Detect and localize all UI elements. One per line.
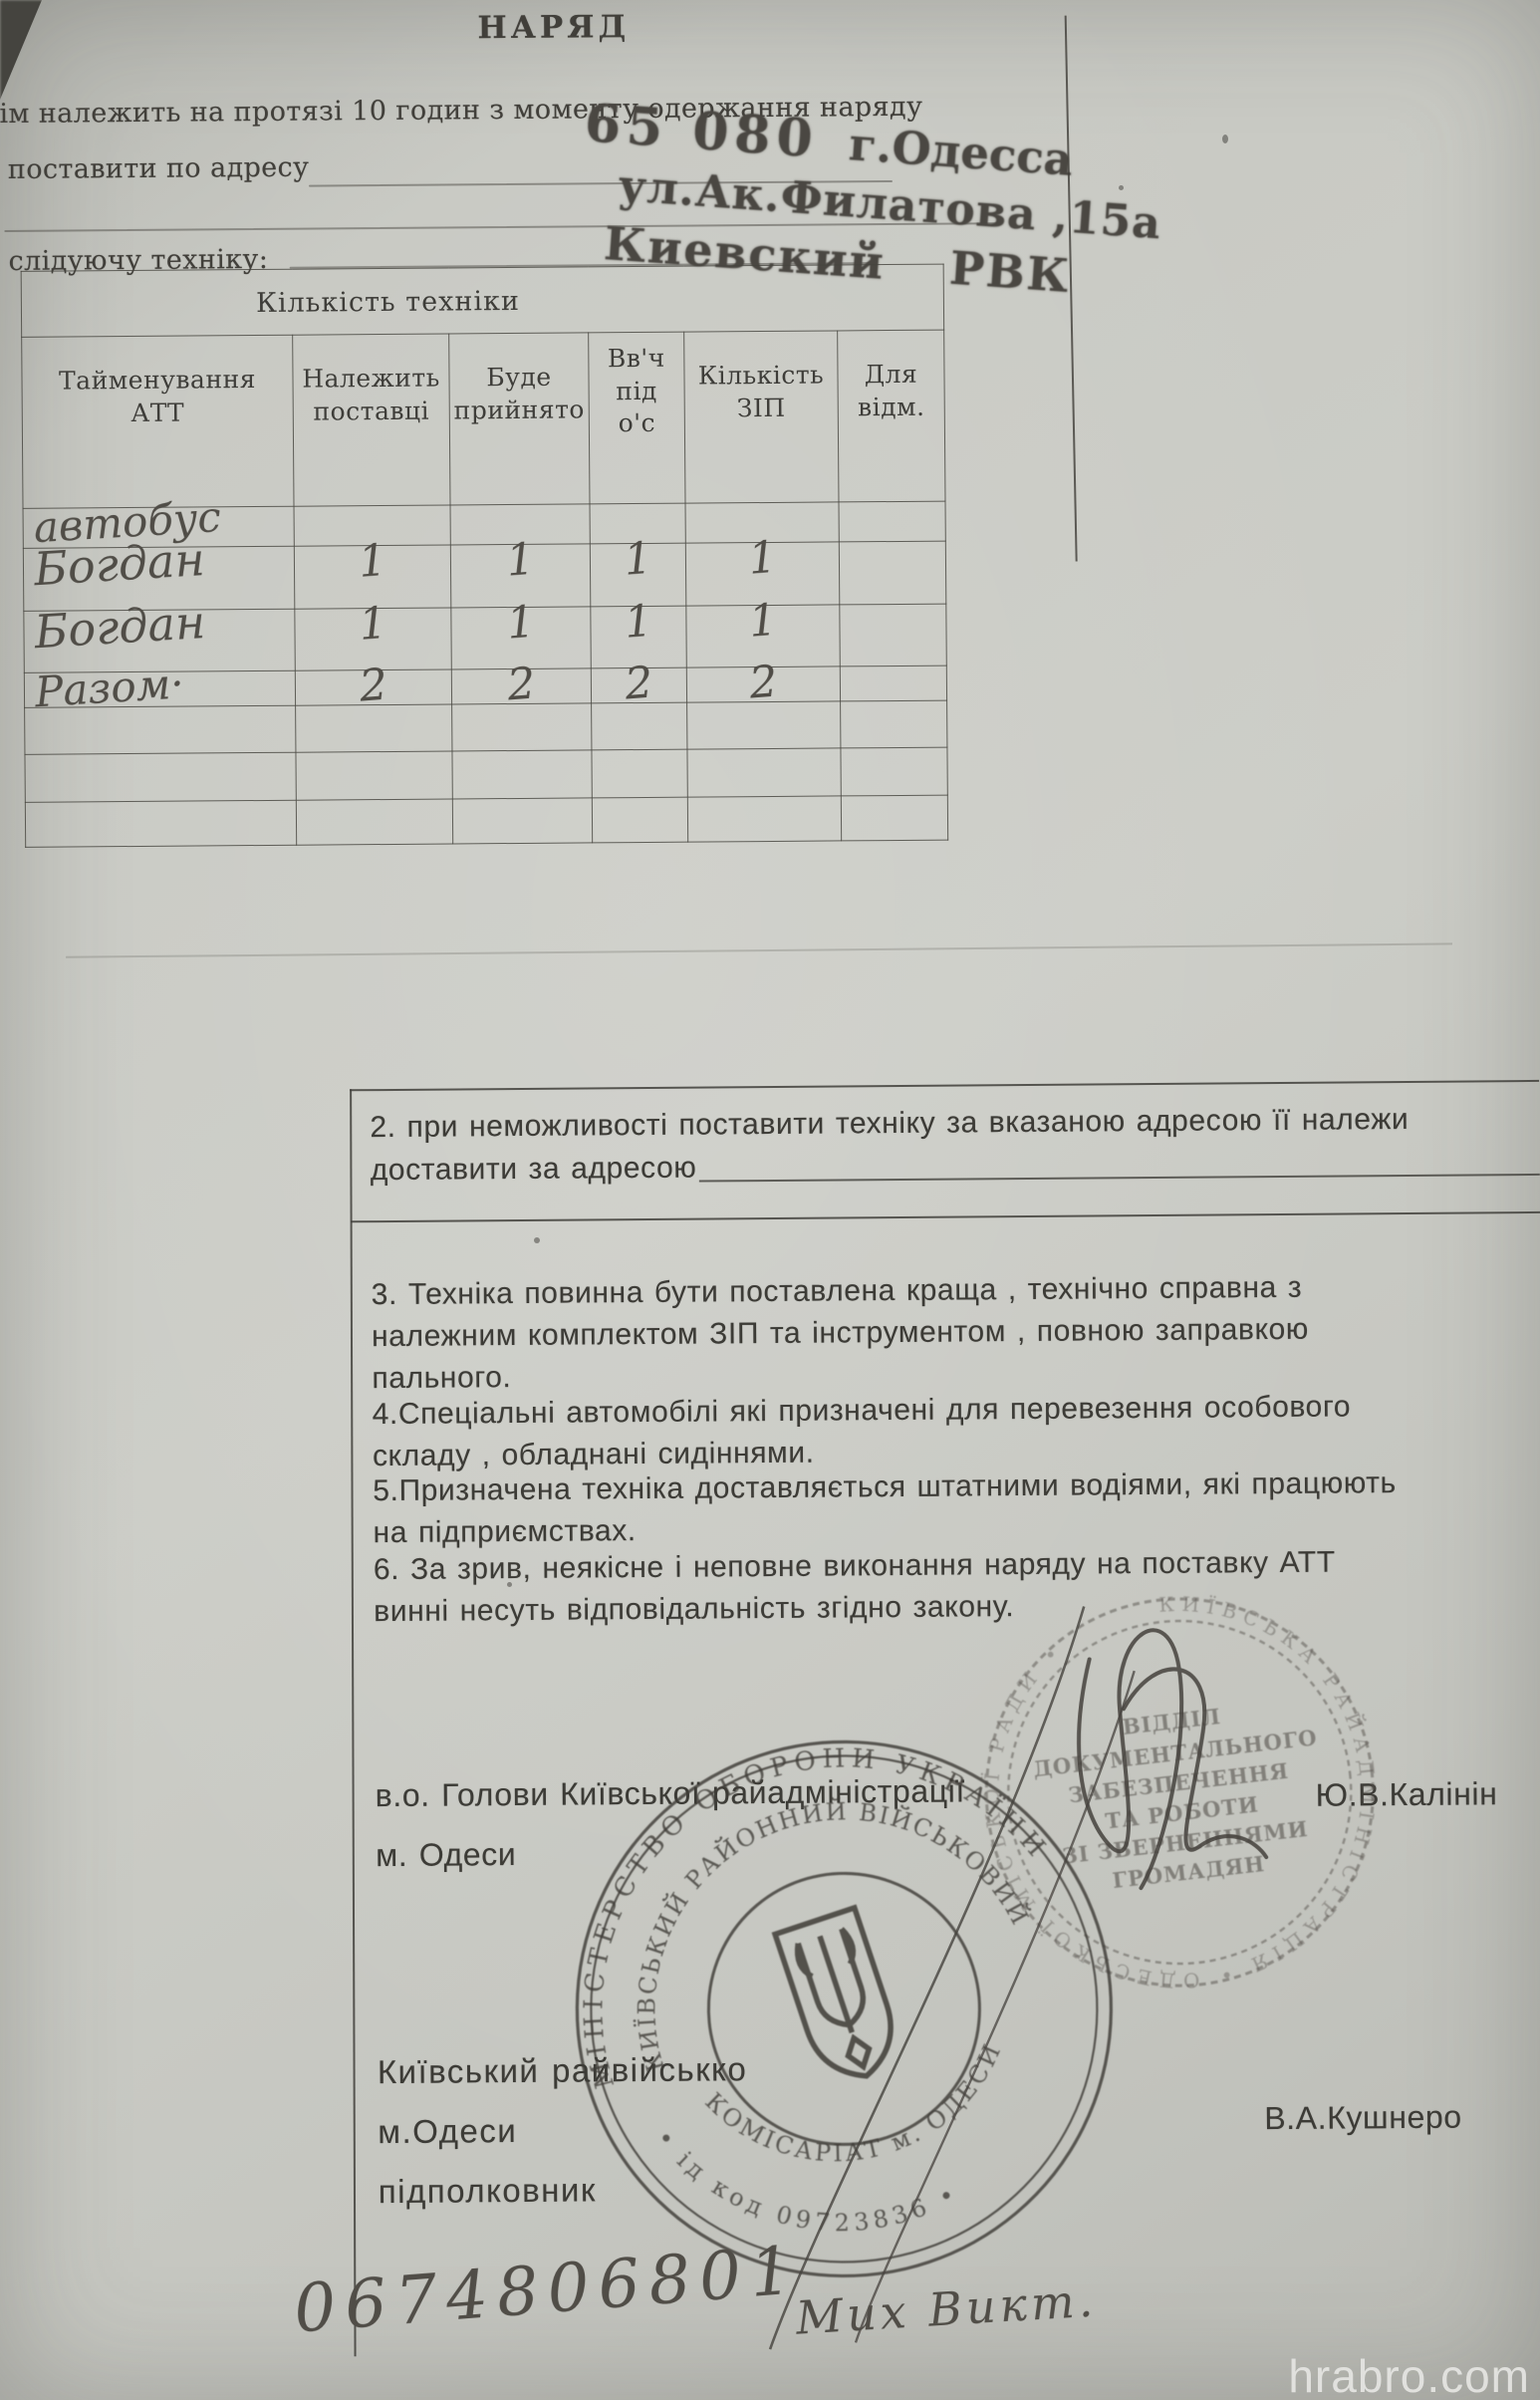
military-signature-title-1: Київський райвійськко xyxy=(378,2050,748,2091)
document-page: НАРЯД ім належить на протязі 10 годин з … xyxy=(0,0,1540,2400)
military-signature-title-3: підполковник xyxy=(379,2171,597,2211)
scanned-document-photo: НАРЯД ім належить на протязі 10 годин з … xyxy=(0,0,1540,2400)
watermark: hrabro.com xyxy=(1288,2349,1530,2400)
military-signature-title-2: м.Одеси xyxy=(378,2112,517,2151)
pen-strokes-overlay xyxy=(0,0,1540,2400)
military-signatory-name: В.А.Кушнеро xyxy=(1264,2099,1462,2138)
